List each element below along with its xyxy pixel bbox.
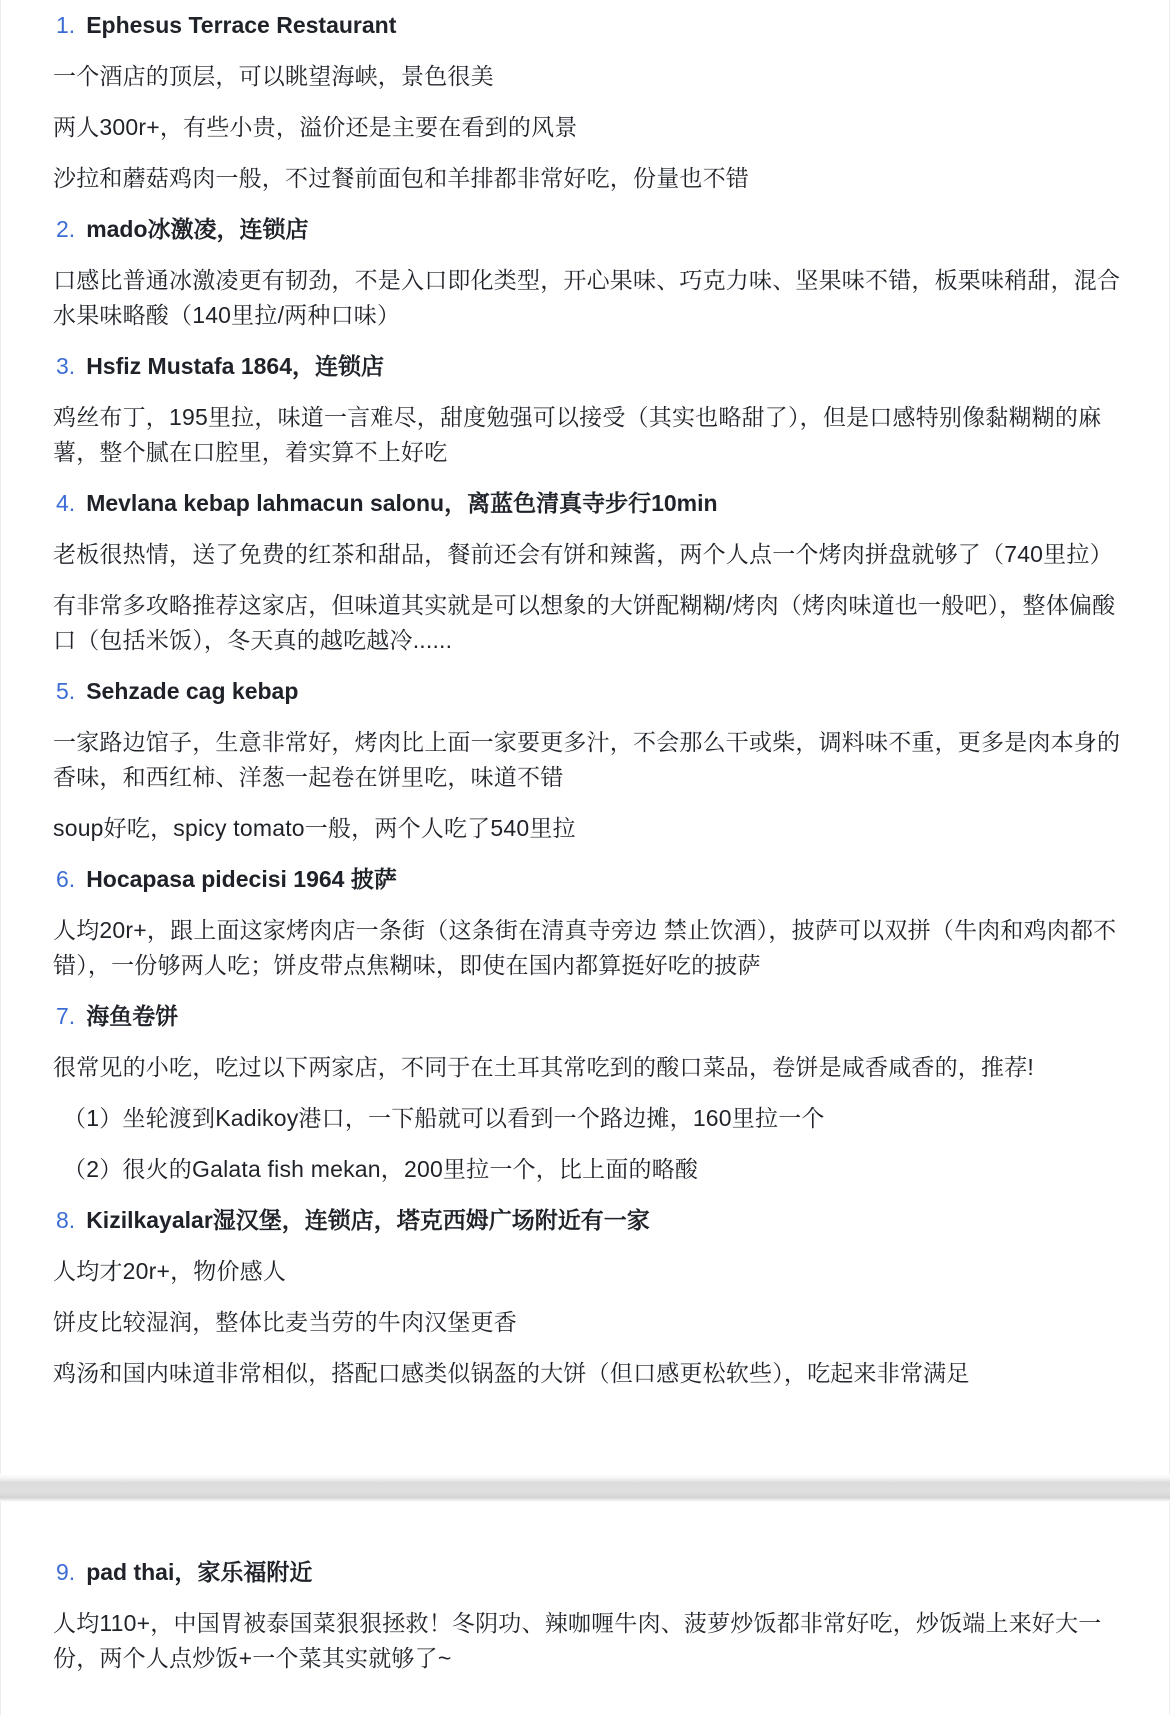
list-number: 8.: [56, 1207, 75, 1233]
restaurant-entry: 4.Mevlana kebap lahmacun salonu，离蓝色清真寺步行…: [53, 486, 1123, 658]
list-number: 9.: [56, 1559, 75, 1585]
restaurant-title: Sehzade cag kebap: [86, 678, 298, 704]
note-paragraph[interactable]: （2）很火的Galata fish mekan，200里拉一个，比上面的略酸: [53, 1152, 1123, 1187]
list-number: 4.: [56, 490, 75, 516]
restaurant-title: pad thai，家乐福附近: [86, 1559, 312, 1585]
page-1: 1.Ephesus Terrace Restaurant 一个酒店的顶层，可以眺…: [0, 0, 1170, 1474]
note-paragraph[interactable]: 饼皮比较湿润，整体比麦当劳的牛肉汉堡更香: [53, 1305, 1123, 1340]
restaurant-title: Hocapasa pidecisi 1964 披萨: [86, 866, 397, 892]
restaurant-title: Mevlana kebap lahmacun salonu，离蓝色清真寺步行10…: [86, 490, 717, 516]
page-2: 9.pad thai，家乐福附近 人均110+，中国胃被泰国菜狠狠拯救！冬阴功、…: [0, 1502, 1170, 1715]
note-paragraph[interactable]: 两人300r+，有些小贵，溢价还是主要在看到的风景: [53, 110, 1123, 145]
restaurant-heading[interactable]: 8.Kizilkayalar湿汉堡，连锁店，塔克西姆广场附近有一家: [53, 1203, 1123, 1238]
restaurant-title: Ephesus Terrace Restaurant: [86, 12, 396, 38]
note-paragraph[interactable]: 老板很热情，送了免费的红茶和甜品，餐前还会有饼和辣酱，两个人点一个烤肉拼盘就够了…: [53, 537, 1123, 572]
note-paragraph[interactable]: 很常见的小吃，吃过以下两家店，不同于在土耳其常吃到的酸口菜品，卷饼是咸香咸香的，…: [53, 1050, 1123, 1085]
note-paragraph[interactable]: 人均才20r+，物价感人: [53, 1254, 1123, 1289]
note-paragraph[interactable]: （1）坐轮渡到Kadikoy港口，一下船就可以看到一个路边摊，160里拉一个: [53, 1101, 1123, 1136]
restaurant-heading[interactable]: 3.Hsfiz Mustafa 1864，连锁店: [53, 349, 1123, 384]
restaurant-heading[interactable]: 7.海鱼卷饼: [53, 999, 1123, 1034]
restaurant-entry: 7.海鱼卷饼 很常见的小吃，吃过以下两家店，不同于在土耳其常吃到的酸口菜品，卷饼…: [53, 999, 1123, 1187]
note-paragraph[interactable]: 有非常多攻略推荐这家店，但味道其实就是可以想象的大饼配糊糊/烤肉（烤肉味道也一般…: [53, 588, 1123, 658]
restaurant-entry: 9.pad thai，家乐福附近 人均110+，中国胃被泰国菜狠狠拯救！冬阴功、…: [53, 1555, 1123, 1676]
list-number: 7.: [56, 1003, 75, 1029]
restaurant-heading[interactable]: 4.Mevlana kebap lahmacun salonu，离蓝色清真寺步行…: [53, 486, 1123, 521]
restaurant-title: Hsfiz Mustafa 1864，连锁店: [86, 353, 384, 379]
note-paragraph[interactable]: 人均20r+，跟上面这家烤肉店一条街（这条街在清真寺旁边 禁止饮酒），披萨可以双…: [53, 913, 1123, 983]
restaurant-heading[interactable]: 9.pad thai，家乐福附近: [53, 1555, 1123, 1590]
restaurant-entry: 3.Hsfiz Mustafa 1864，连锁店 鸡丝布丁，195里拉，味道一言…: [53, 349, 1123, 470]
list-number: 5.: [56, 678, 75, 704]
restaurant-heading[interactable]: 1.Ephesus Terrace Restaurant: [53, 8, 1123, 43]
list-number: 6.: [56, 866, 75, 892]
note-paragraph[interactable]: 沙拉和蘑菇鸡肉一般，不过餐前面包和羊排都非常好吃，份量也不错: [53, 161, 1123, 196]
restaurant-entry: 5.Sehzade cag kebap 一家路边馆子，生意非常好，烤肉比上面一家…: [53, 674, 1123, 846]
document: 1.Ephesus Terrace Restaurant 一个酒店的顶层，可以眺…: [0, 0, 1170, 1715]
page-break-gap: [0, 1474, 1170, 1502]
restaurant-title: 海鱼卷饼: [86, 1003, 178, 1029]
restaurant-entry: 1.Ephesus Terrace Restaurant 一个酒店的顶层，可以眺…: [53, 8, 1123, 196]
note-paragraph[interactable]: 一个酒店的顶层，可以眺望海峡，景色很美: [53, 59, 1123, 94]
restaurant-title: mado冰激凌，连锁店: [86, 216, 308, 242]
restaurant-title: Kizilkayalar湿汉堡，连锁店，塔克西姆广场附近有一家: [86, 1207, 650, 1233]
restaurant-entry: 2.mado冰激凌，连锁店 口感比普通冰激凌更有韧劲，不是入口即化类型，开心果味…: [53, 212, 1123, 333]
note-paragraph[interactable]: soup好吃，spicy tomato一般，两个人吃了540里拉: [53, 811, 1123, 846]
restaurant-entry: 6.Hocapasa pidecisi 1964 披萨 人均20r+，跟上面这家…: [53, 862, 1123, 983]
note-paragraph[interactable]: 口感比普通冰激凌更有韧劲，不是入口即化类型，开心果味、巧克力味、坚果味不错，板栗…: [53, 263, 1123, 333]
restaurant-heading[interactable]: 5.Sehzade cag kebap: [53, 674, 1123, 709]
note-paragraph[interactable]: 鸡丝布丁，195里拉，味道一言难尽，甜度勉强可以接受（其实也略甜了），但是口感特…: [53, 400, 1123, 470]
restaurant-heading[interactable]: 2.mado冰激凌，连锁店: [53, 212, 1123, 247]
page-2-content: 9.pad thai，家乐福附近 人均110+，中国胃被泰国菜狠狠拯救！冬阴功、…: [1, 1502, 1169, 1676]
page-1-content: 1.Ephesus Terrace Restaurant 一个酒店的顶层，可以眺…: [1, 0, 1169, 1391]
restaurant-entry: 8.Kizilkayalar湿汉堡，连锁店，塔克西姆广场附近有一家 人均才20r…: [53, 1203, 1123, 1391]
list-number: 2.: [56, 216, 75, 242]
note-paragraph[interactable]: 鸡汤和国内味道非常相似，搭配口感类似锅盔的大饼（但口感更松软些），吃起来非常满足: [53, 1356, 1123, 1391]
list-number: 3.: [56, 353, 75, 379]
note-paragraph[interactable]: 人均110+，中国胃被泰国菜狠狠拯救！冬阴功、辣咖喱牛肉、菠萝炒饭都非常好吃，炒…: [53, 1606, 1123, 1676]
list-number: 1.: [56, 12, 75, 38]
restaurant-heading[interactable]: 6.Hocapasa pidecisi 1964 披萨: [53, 862, 1123, 897]
note-paragraph[interactable]: 一家路边馆子，生意非常好，烤肉比上面一家要更多汁，不会那么干或柴，调料味不重，更…: [53, 725, 1123, 795]
